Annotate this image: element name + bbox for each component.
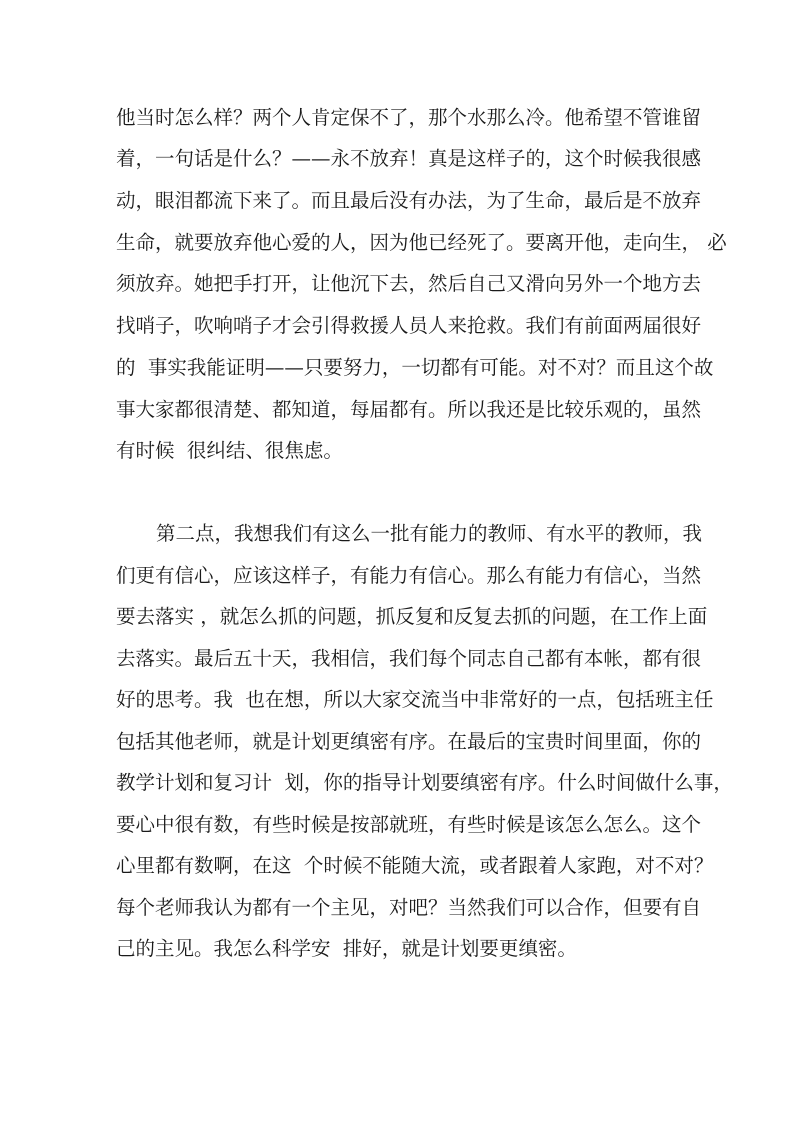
text-line-indented: 第二点，我想我们有这么一批有能力的教师、有水平的教师，我 bbox=[156, 513, 736, 554]
text-line: 教学计划和复习计 划，你的指导计划要缜密有序。什么时间做什么事， bbox=[116, 762, 696, 803]
text-line: 事大家都很清楚、都知道，每届都有。所以我还是比较乐观的，虽然 bbox=[116, 389, 696, 430]
text-line: 动，眼泪都流下来了。而且最后没有办法，为了生命，最后是不放弃 bbox=[116, 180, 696, 221]
text-line: 要心中很有数，有些时候是按部就班，有些时候是该怎么怎么。这个 bbox=[116, 804, 696, 845]
text-line: 有时候 很纠结、很焦虑。 bbox=[116, 430, 696, 471]
text-line: 己的主见。我怎么科学安 排好，就是计划要更缜密。 bbox=[116, 928, 696, 969]
text-line: 着，一句话是什么？——永不放弃！真是这样子的，这个时候我很感 bbox=[116, 138, 696, 179]
text-line: 们更有信心，应该这样子，有能力有信心。那么有能力有信心，当然 bbox=[116, 555, 696, 596]
text-line: 要去落实 ，就怎么抓的问题，抓反复和反复去抓的问题，在工作上面 bbox=[116, 596, 696, 637]
text-line: 须放弃。她把手打开，让他沉下去，然后自己又滑向另外一个地方去 bbox=[116, 263, 696, 304]
text-line: 每个老师我认为都有一个主见，对吧？当然我们可以合作，但要有自 bbox=[116, 887, 696, 928]
text-line: 的 事实我能证明——只要努力，一切都有可能。对不对？而且这个故 bbox=[116, 347, 696, 388]
document-page: 他当时怎么样？两个人肯定保不了，那个水那么冷。他希望不管谁留 着，一句话是什么？… bbox=[0, 0, 793, 1122]
text-line: 他当时怎么样？两个人肯定保不了，那个水那么冷。他希望不管谁留 bbox=[116, 97, 696, 138]
text-line: 去落实。最后五十天，我相信，我们每个同志自己都有本帐，都有很 bbox=[116, 638, 696, 679]
text-line: 找哨子，吹响哨子才会引得救援人员人来抢救。我们有前面两届很好 bbox=[116, 305, 696, 346]
text-line: 好的思考。我 也在想，所以大家交流当中非常好的一点，包括班主任 bbox=[116, 679, 696, 720]
text-line: 包括其他老师，就是计划更缜密有序。在最后的宝贵时间里面，你的 bbox=[116, 721, 696, 762]
text-line: 生命，就要放弃他心爱的人，因为他已经死了。要离开他，走向生， 必 bbox=[116, 222, 696, 263]
text-line: 心里都有数啊，在这 个时候不能随大流，或者跟着人家跑，对不对？ bbox=[116, 845, 696, 886]
